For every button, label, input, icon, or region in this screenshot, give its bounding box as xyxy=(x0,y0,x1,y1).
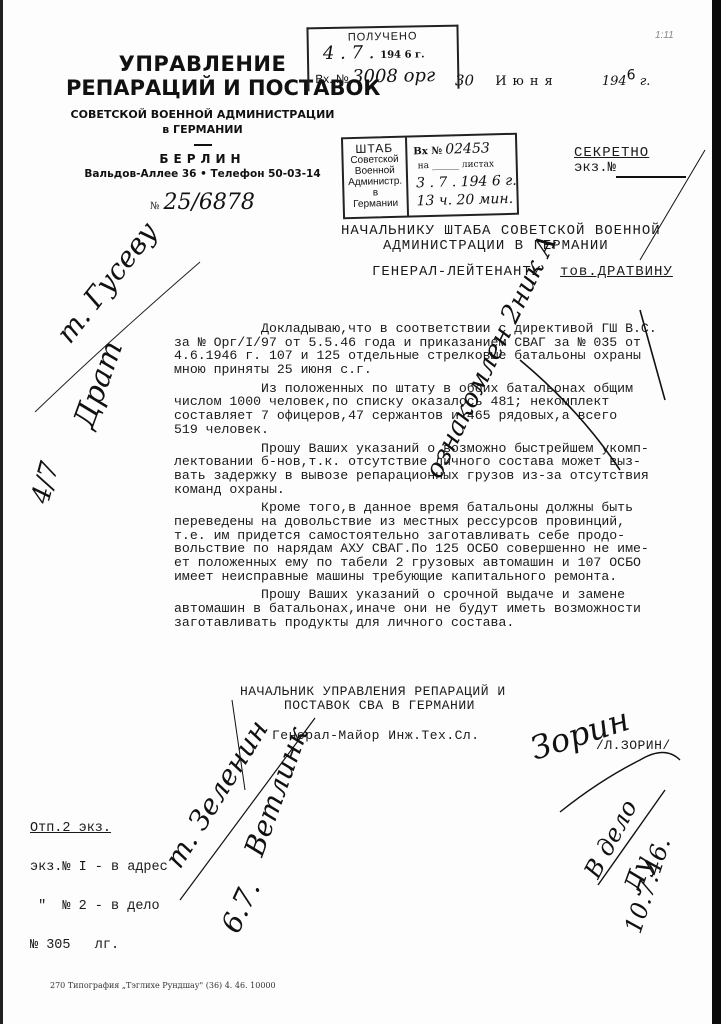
received-reg-label: Вх. № xyxy=(315,72,349,87)
body-line: Из положенных по штату в обоих батальона… xyxy=(174,382,694,396)
signature-title1: НАЧАЛЬНИК УПРАВЛЕНИЯ РЕПАРАЦИЙ И xyxy=(240,684,506,699)
body-line: т.е. им придется самостоятельно заготавл… xyxy=(174,529,694,543)
received-date-value: 4 . 7 . xyxy=(323,42,375,64)
body-line: составляет 7 офицеров,47 сержантов и 465… xyxy=(174,409,694,423)
staff-stamp: ШТАБ Советской Военной Администр. в Герм… xyxy=(341,133,519,220)
copy-number-label: экз.№ xyxy=(574,160,616,176)
staff-stamp-line: Администр. xyxy=(344,176,406,189)
letterhead-line2: РЕПАРАЦИЙ И ПОСТАВОК xyxy=(66,76,335,100)
year-suffix: 6 xyxy=(627,68,636,84)
outgoing-number-label: № xyxy=(150,201,159,212)
signature-flourish xyxy=(560,753,680,813)
signature-title2: ПОСТАВОК СВА В ГЕРМАНИИ xyxy=(284,698,475,713)
note-bottom-2: Ветлинк xyxy=(237,722,315,861)
body-line: вать задержку в вывозе репарационных гру… xyxy=(174,469,694,483)
staff-date: 3 . 7 . 194 6 г. xyxy=(416,173,517,192)
signature-scrawl: Зорин xyxy=(526,700,634,767)
body-line: вольствие по нарядам АХУ СВАГ.По 125 ОСБ… xyxy=(174,542,694,556)
outgoing-number-value: 25/6878 xyxy=(163,190,254,215)
body-line: заготавливать продукты для личного соста… xyxy=(174,616,694,630)
received-stamp-date: 4 . 7 . 194 6 г. xyxy=(323,41,425,64)
staff-stamp-org: ШТАБ Советской Военной Администр. в Герм… xyxy=(343,138,409,218)
body-line: имеет неисправные машины требующие капит… xyxy=(174,570,694,584)
addressee-line1: НАЧАЛЬНИКУ ШТАБА СОВЕТСКОЙ ВОЕННОЙ xyxy=(341,223,661,239)
note-right-initials: Лу xyxy=(618,853,659,900)
distribution-line: № 305 лг. xyxy=(30,939,168,952)
body-line: 519 человек. xyxy=(174,423,694,437)
body-line: команд охраны. xyxy=(174,483,694,497)
date-month: Июня xyxy=(495,74,559,89)
note-bottom-date: 6.7. xyxy=(214,876,266,938)
note-bottom-1: т. Зеленин xyxy=(158,714,275,874)
underline-stroke xyxy=(598,790,665,885)
body-line: числом 1000 человек,по списку оказалось … xyxy=(174,395,694,409)
body-line: за № Орг/I/97 от 5.5.46 года и приказани… xyxy=(174,336,694,350)
addressee-line3: ГЕНЕРАЛ-ЛЕЙТЕНАНТУ тов.ДРАТВИНУ xyxy=(372,264,673,280)
strike-line xyxy=(232,700,245,790)
letterhead-line1: УПРАВЛЕНИЕ xyxy=(70,52,335,76)
body-line: Прошу Ваших указаний о срочной выдаче и … xyxy=(174,588,694,602)
note-date-left: 4/7 xyxy=(26,458,66,508)
signature-name: /Л.ЗОРИН/ xyxy=(596,738,671,753)
addressee-name: тов.ДРАТВИНУ xyxy=(560,264,673,280)
distribution-line: Отп.2 экз. xyxy=(30,822,168,835)
body-line: 4.6.1946 г. 107 и 125 отдельные стрелков… xyxy=(174,349,694,363)
scan-left-edge xyxy=(0,0,3,1024)
letterhead: УПРАВЛЕНИЕ РЕПАРАЦИЙ И ПОСТАВОК СОВЕТСКО… xyxy=(70,52,335,180)
copy-number-line xyxy=(616,161,686,178)
body-line: ет положенных ему по табели 2 грузовых а… xyxy=(174,556,694,570)
letter-body: Докладываю,что в соответствии с директив… xyxy=(174,322,694,629)
note-right: В дело xyxy=(578,795,643,884)
letterhead-divider xyxy=(194,144,212,146)
body-line: мною приняты 25 июня с.г. xyxy=(174,363,694,377)
staff-stamp-line: Германии xyxy=(345,198,407,211)
staff-reg-label: Вх № xyxy=(413,146,442,158)
body-line: автомашин в батальонах,иначе они не буду… xyxy=(174,602,694,616)
year-end: г. xyxy=(640,74,651,89)
received-year: 194 6 г. xyxy=(380,49,425,61)
letterhead-line4: в ГЕРМАНИИ xyxy=(70,123,335,136)
received-stamp-reg: Вх. № 3008 орг xyxy=(315,65,435,88)
staff-time: 13 ч. 20 мин. xyxy=(416,191,513,210)
document-page: УПРАВЛЕНИЕ РЕПАРАЦИЙ И ПОСТАВОК СОВЕТСКО… xyxy=(0,0,721,1024)
outgoing-number: №25/6878 xyxy=(150,190,255,215)
note-right-date: 10.7.46. xyxy=(619,834,676,937)
date-year: 1946 г. xyxy=(602,74,651,89)
document-date: 30 Июня 1946 г. xyxy=(455,68,650,89)
print-footer: 270 Типография „Тэглихе Рундшау" (36) 4.… xyxy=(50,981,276,990)
staff-reg: Вх № 02453 xyxy=(413,140,490,158)
addressee-rank: ГЕНЕРАЛ-ЛЕЙТЕНАНТУ xyxy=(372,264,541,280)
addressee-line2: АДМИНИСТРАЦИИ В ГЕРМАНИИ xyxy=(383,238,609,254)
scan-right-edge xyxy=(712,0,721,1024)
strike-line xyxy=(180,718,315,900)
archive-mark: 1:11 xyxy=(655,30,674,41)
received-stamp: ПОЛУЧЕНО 4 . 7 . 194 6 г. Вх. № 3008 орг xyxy=(306,25,459,92)
classification-label: СЕКРЕТНО xyxy=(574,146,686,161)
distribution-line: " № 2 - в дело xyxy=(30,900,168,913)
classification: СЕКРЕТНО экз.№ xyxy=(574,146,686,178)
body-line: переведены на довольствие из местных рес… xyxy=(174,515,694,529)
staff-stamp-line: Советской xyxy=(343,154,405,167)
letterhead-line3: СОВЕТСКОЙ ВОЕННОЙ АДМИНИСТРАЦИИ xyxy=(70,108,335,121)
note-initials-left: Драт xyxy=(66,336,130,434)
staff-stamp-fields: Вх № 02453 на ______ листах 3 . 7 . 194 … xyxy=(407,135,517,216)
signature-rank: Генерал-Майор Инж.Тех.Сл. xyxy=(272,728,480,743)
letterhead-address: Вальдов-Аллее 36 • Телефон 50-03-14 xyxy=(70,168,335,180)
body-line: Кроме того,в данное время батальоны долж… xyxy=(174,501,694,515)
received-reg-value: 3008 орг xyxy=(352,65,435,87)
date-day: 30 xyxy=(455,71,474,89)
staff-reg-value: 02453 xyxy=(445,140,490,157)
distribution-list: Отп.2 экз. экз.№ I - в адрес " № 2 - в д… xyxy=(30,796,168,978)
year-prefix: 194 xyxy=(602,74,627,89)
letterhead-city: БЕРЛИН xyxy=(70,152,335,166)
distribution-line: экз.№ I - в адрес xyxy=(30,861,168,874)
body-line: Докладываю,что в соответствии с директив… xyxy=(174,322,694,336)
staff-sheets: на ______ листах xyxy=(418,159,495,171)
note-top-left: т. Гусеву xyxy=(50,215,165,349)
body-line: Прошу Ваших указаний о возможно быстрейш… xyxy=(174,442,694,456)
body-line: лектовании б-нов,т.к. отсутствие личного… xyxy=(174,455,694,469)
